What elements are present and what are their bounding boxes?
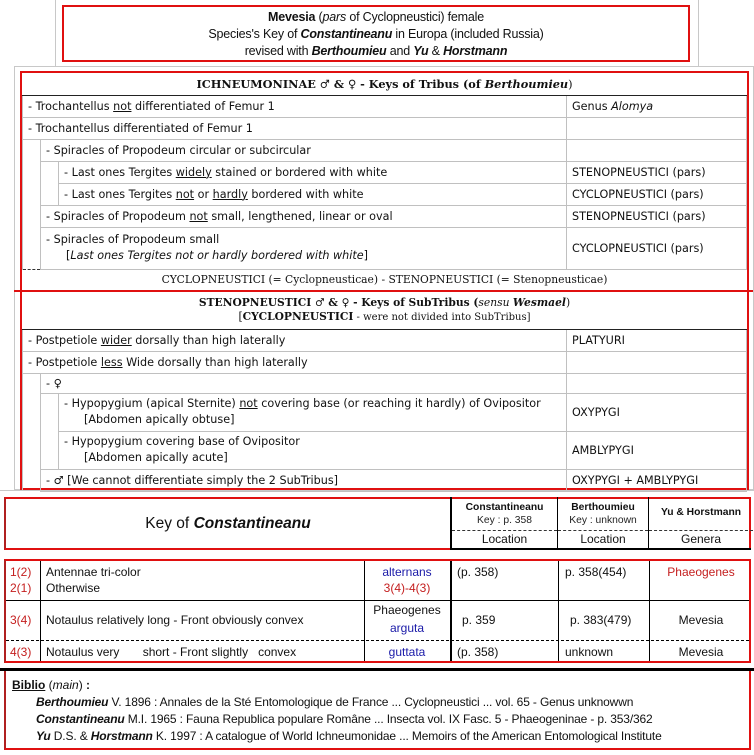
row-text: bordered with white xyxy=(248,188,364,201)
row-text: - Trochantellus differentiated of Femur … xyxy=(23,117,567,139)
result-text: CYCLOPNEUSTICI (pars) xyxy=(567,183,747,205)
ref-text: D.S. & xyxy=(51,729,91,743)
title-text: Key of xyxy=(145,515,189,533)
key-row: - Spiracles of Propodeum small [Last one… xyxy=(23,227,747,269)
key-row: - ♀ xyxy=(23,373,747,393)
species-key-body: 1(2) 2(1) Antennae tri-color Otherwise a… xyxy=(4,559,751,663)
key-row: - Spiracles of Propodeum circular or sub… xyxy=(23,139,747,161)
species-key-column-headers: Constantineanu Key : p. 358 Location Ber… xyxy=(450,497,751,550)
biblio-ref: Yu D.S. & Horstmann K. 1997 : A catalogu… xyxy=(12,728,743,745)
constantineanu-location: (p. 358) xyxy=(457,564,498,580)
genus-name: Phaeogenes xyxy=(649,564,753,580)
result-text: OXYPYGI xyxy=(567,393,747,431)
biblio-heading: Biblio (main) : xyxy=(12,677,743,694)
row-text: - Spiracles of Propodeum circular or sub… xyxy=(41,139,567,161)
title-text: Species's Key of xyxy=(208,27,300,41)
key-row: - Postpetiole less Wide dorsally than hi… xyxy=(23,351,747,373)
author-name: Yu xyxy=(36,729,51,743)
column-header-yu-horstmann: Yu & Horstmann Genera xyxy=(649,497,753,548)
dashed-divider xyxy=(649,530,753,531)
header-text: ICHNEUMONINAE ♂ & ♀ - Keys of Tribus (of xyxy=(196,77,484,91)
key-row: - Trochantellus not differentiated of Fe… xyxy=(23,95,747,117)
row-text: wider xyxy=(101,334,132,347)
couplet-number: 2(1) xyxy=(10,580,31,596)
header-text: ) xyxy=(568,78,572,91)
bibliography: Biblio (main) : Berthoumieu V. 1896 : An… xyxy=(4,671,751,750)
result-text xyxy=(567,373,747,393)
subtribus-key-table: STENOPNEUSTICI ♂ & ♀ - Keys of SubTribus… xyxy=(22,293,747,492)
key-row: - Hypopygium (apical Sternite) not cover… xyxy=(23,393,747,431)
berthoumieu-location: unknown xyxy=(565,644,613,660)
result-text: Genus xyxy=(572,100,611,113)
species-name: guttata xyxy=(364,644,450,660)
footer-text: CYCLOPNEUSTICI (= Cyclopneusticae) - STE… xyxy=(23,269,747,289)
column-name: Berthoumieu xyxy=(558,497,648,514)
row-text: dorsally than high laterally xyxy=(132,334,286,347)
result-text: STENOPNEUSTICI (pars) xyxy=(567,205,747,227)
row-text: - ♂ [We cannot differentiate simply the … xyxy=(41,469,567,491)
couplet-number: 1(2) xyxy=(10,564,31,580)
result-text: STENOPNEUSTICI (pars) xyxy=(567,161,747,183)
row-text: widely xyxy=(176,166,212,179)
section-divider xyxy=(14,290,753,292)
row-text: less xyxy=(101,356,123,369)
column-label: Location xyxy=(558,532,648,546)
constantineanu-location: (p. 358) xyxy=(457,644,498,660)
row-note: [Abdomen apically obtuse] xyxy=(64,412,561,428)
row-text: differentiated of Femur 1 xyxy=(131,100,274,113)
couplet-text: Otherwise xyxy=(46,580,100,596)
author-name: Constantineanu xyxy=(194,515,311,533)
row-text: not xyxy=(113,100,131,113)
couplet-number: 4(3) xyxy=(10,644,31,660)
biblio-main: main xyxy=(53,678,79,692)
row-text: not xyxy=(176,188,194,201)
title-text: and xyxy=(386,44,413,58)
subheader-text: - were not divided into SubTribus] xyxy=(353,312,530,323)
key-row: - Last ones Tergites not or hardly borde… xyxy=(23,183,747,205)
row-text: - Hypopygium (apical Sternite) xyxy=(64,397,239,410)
genus-name: Mevesia xyxy=(268,10,315,24)
couplet-text: Notaulus relatively long - Front obvious… xyxy=(46,612,303,628)
result-text xyxy=(567,117,747,139)
title-text: pars xyxy=(323,10,347,24)
row-text: covering base (or reaching it hardly) of… xyxy=(258,397,541,410)
result-text xyxy=(567,351,747,373)
couplet-text: Notaulus very short - Front slightly con… xyxy=(46,644,296,660)
species-name: arguta xyxy=(364,620,450,636)
row-text: small, lengthened, linear or oval xyxy=(208,210,393,223)
key-row: - Last ones Tergites widely stained or b… xyxy=(23,161,747,183)
berthoumieu-location: p. 358(454) xyxy=(565,564,626,580)
title-text: revised with xyxy=(245,44,312,58)
genus-name: Phaeogenes xyxy=(364,602,450,618)
author-name: Constantineanu xyxy=(36,712,125,726)
column-sub: Key : unknown xyxy=(558,514,648,528)
author-name: Horstmann xyxy=(91,729,153,743)
row-text: - Spiracles of Propodeum small xyxy=(46,232,561,248)
title-text: in Europa (included Russia) xyxy=(392,27,543,41)
author-name: Constantineanu xyxy=(301,27,393,41)
genus-name: Mevesia xyxy=(649,644,753,660)
header-text: sensu xyxy=(478,296,509,309)
row-text: - Spiracles of Propodeum xyxy=(46,210,189,223)
key-row: - ♂ [We cannot differentiate simply the … xyxy=(23,469,747,491)
species-key-title: Key of Constantineanu xyxy=(6,497,450,550)
row-text: - Last ones Tergites xyxy=(64,166,176,179)
column-header-berthoumieu: Berthoumieu Key : unknown Location xyxy=(558,497,649,548)
couplet-number: 3(4) xyxy=(10,612,31,628)
tribus-key-footer: CYCLOPNEUSTICI (= Cyclopneusticae) - STE… xyxy=(23,269,747,289)
title-line-3: revised with Berthoumieu and Yu & Horstm… xyxy=(64,43,688,60)
title-box: Mevesia (pars of Cyclopneustici) female … xyxy=(62,5,690,62)
row-note: Last ones Tergites not or hardly bordere… xyxy=(70,249,363,262)
row-text: stained or bordered with white xyxy=(212,166,388,179)
dashed-divider xyxy=(452,530,557,531)
row-text: - ♀ xyxy=(41,373,567,393)
column-divider xyxy=(558,561,559,661)
result-text: AMBLYPYGI xyxy=(567,431,747,469)
result-text xyxy=(567,139,747,161)
ref-text: M.I. 1965 : Fauna Republica populare Rom… xyxy=(125,712,653,726)
couplet-link[interactable]: 3(4)-4(3) xyxy=(364,580,450,596)
row-text: - Hypopygium covering base of Ovipositor xyxy=(64,434,561,450)
author-name: Yu xyxy=(413,44,428,58)
tribus-key-header: ICHNEUMONINAE ♂ & ♀ - Keys of Tribus (of… xyxy=(23,73,747,95)
biblio-ref: Constantineanu M.I. 1965 : Fauna Republi… xyxy=(12,711,743,728)
column-label: Location xyxy=(452,532,557,546)
column-label: Genera xyxy=(649,532,753,546)
row-text: - Trochantellus xyxy=(28,100,113,113)
key-row: - Postpetiole wider dorsally than high l… xyxy=(23,329,747,351)
subtribus-key-header: STENOPNEUSTICI ♂ & ♀ - Keys of SubTribus… xyxy=(23,293,747,329)
constantineanu-location: p. 359 xyxy=(462,612,495,628)
column-header-constantineanu: Constantineanu Key : p. 358 Location xyxy=(452,497,558,548)
row-text: not xyxy=(189,210,207,223)
species-name: alternans xyxy=(364,564,450,580)
header-text: STENOPNEUSTICI ♂ & ♀ - Keys of SubTribus… xyxy=(199,296,479,309)
row-text: - Postpetiole xyxy=(28,356,101,369)
row-note: [Abdomen apically acute] xyxy=(64,450,561,466)
tribus-key-table: ICHNEUMONINAE ♂ & ♀ - Keys of Tribus (of… xyxy=(22,73,747,289)
column-sub: Key : p. 358 xyxy=(452,514,557,528)
berthoumieu-location: p. 383(479) xyxy=(570,612,631,628)
title-text: of Cyclopneustici) female xyxy=(346,10,484,24)
ref-text: V. 1896 : Annales de la Sté Entomologiqu… xyxy=(108,695,633,709)
author-name: Berthoumieu xyxy=(312,44,387,58)
tribus-key-box: ICHNEUMONINAE ♂ & ♀ - Keys of Tribus (of… xyxy=(20,71,749,490)
ref-text: K. 1997 : A catalogue of World Ichneumon… xyxy=(153,729,662,743)
column-name: Yu & Horstmann xyxy=(649,507,753,518)
key-row: - Trochantellus differentiated of Femur … xyxy=(23,117,747,139)
author-name: Berthoumieu xyxy=(485,77,569,91)
row-text: Wide dorsally than high laterally xyxy=(123,356,308,369)
genus-name: Mevesia xyxy=(649,612,753,628)
dashed-divider xyxy=(558,530,648,531)
column-divider xyxy=(450,561,452,661)
result-genus: Alomya xyxy=(611,100,653,113)
biblio-ref: Berthoumieu V. 1896 : Annales de la Sté … xyxy=(12,694,743,711)
title-line-2: Species's Key of Constantineanu in Europ… xyxy=(64,26,688,43)
result-text: PLATYURI xyxy=(567,329,747,351)
key-row: - Hypopygium covering base of Ovipositor… xyxy=(23,431,747,469)
couplet-text: Antennae tri-color xyxy=(46,564,141,580)
author-name: Horstmann xyxy=(443,44,507,58)
row-divider xyxy=(6,640,749,641)
column-name: Constantineanu xyxy=(452,497,557,514)
row-text: - Postpetiole xyxy=(28,334,101,347)
title-text: & xyxy=(428,44,443,58)
title-line-1: Mevesia (pars of Cyclopneustici) female xyxy=(64,9,688,26)
row-text: hardly xyxy=(213,188,248,201)
author-name: Wesmael xyxy=(513,296,566,309)
row-divider xyxy=(6,600,749,601)
biblio-label: Biblio xyxy=(12,678,45,692)
row-text: - Last ones Tergites xyxy=(64,188,176,201)
header-text: ) xyxy=(566,296,570,309)
result-text: CYCLOPNEUSTICI (pars) xyxy=(567,227,747,269)
row-text: not xyxy=(239,397,257,410)
key-row: - Spiracles of Propodeum not small, leng… xyxy=(23,205,747,227)
row-text: or xyxy=(194,188,213,201)
author-name: Berthoumieu xyxy=(36,695,108,709)
subheader-text: CYCLOPNEUSTICI xyxy=(243,310,354,323)
result-text: OXYPYGI + AMBLYPYGI xyxy=(567,469,747,491)
column-divider xyxy=(40,561,41,661)
title-text: ( xyxy=(315,10,322,24)
